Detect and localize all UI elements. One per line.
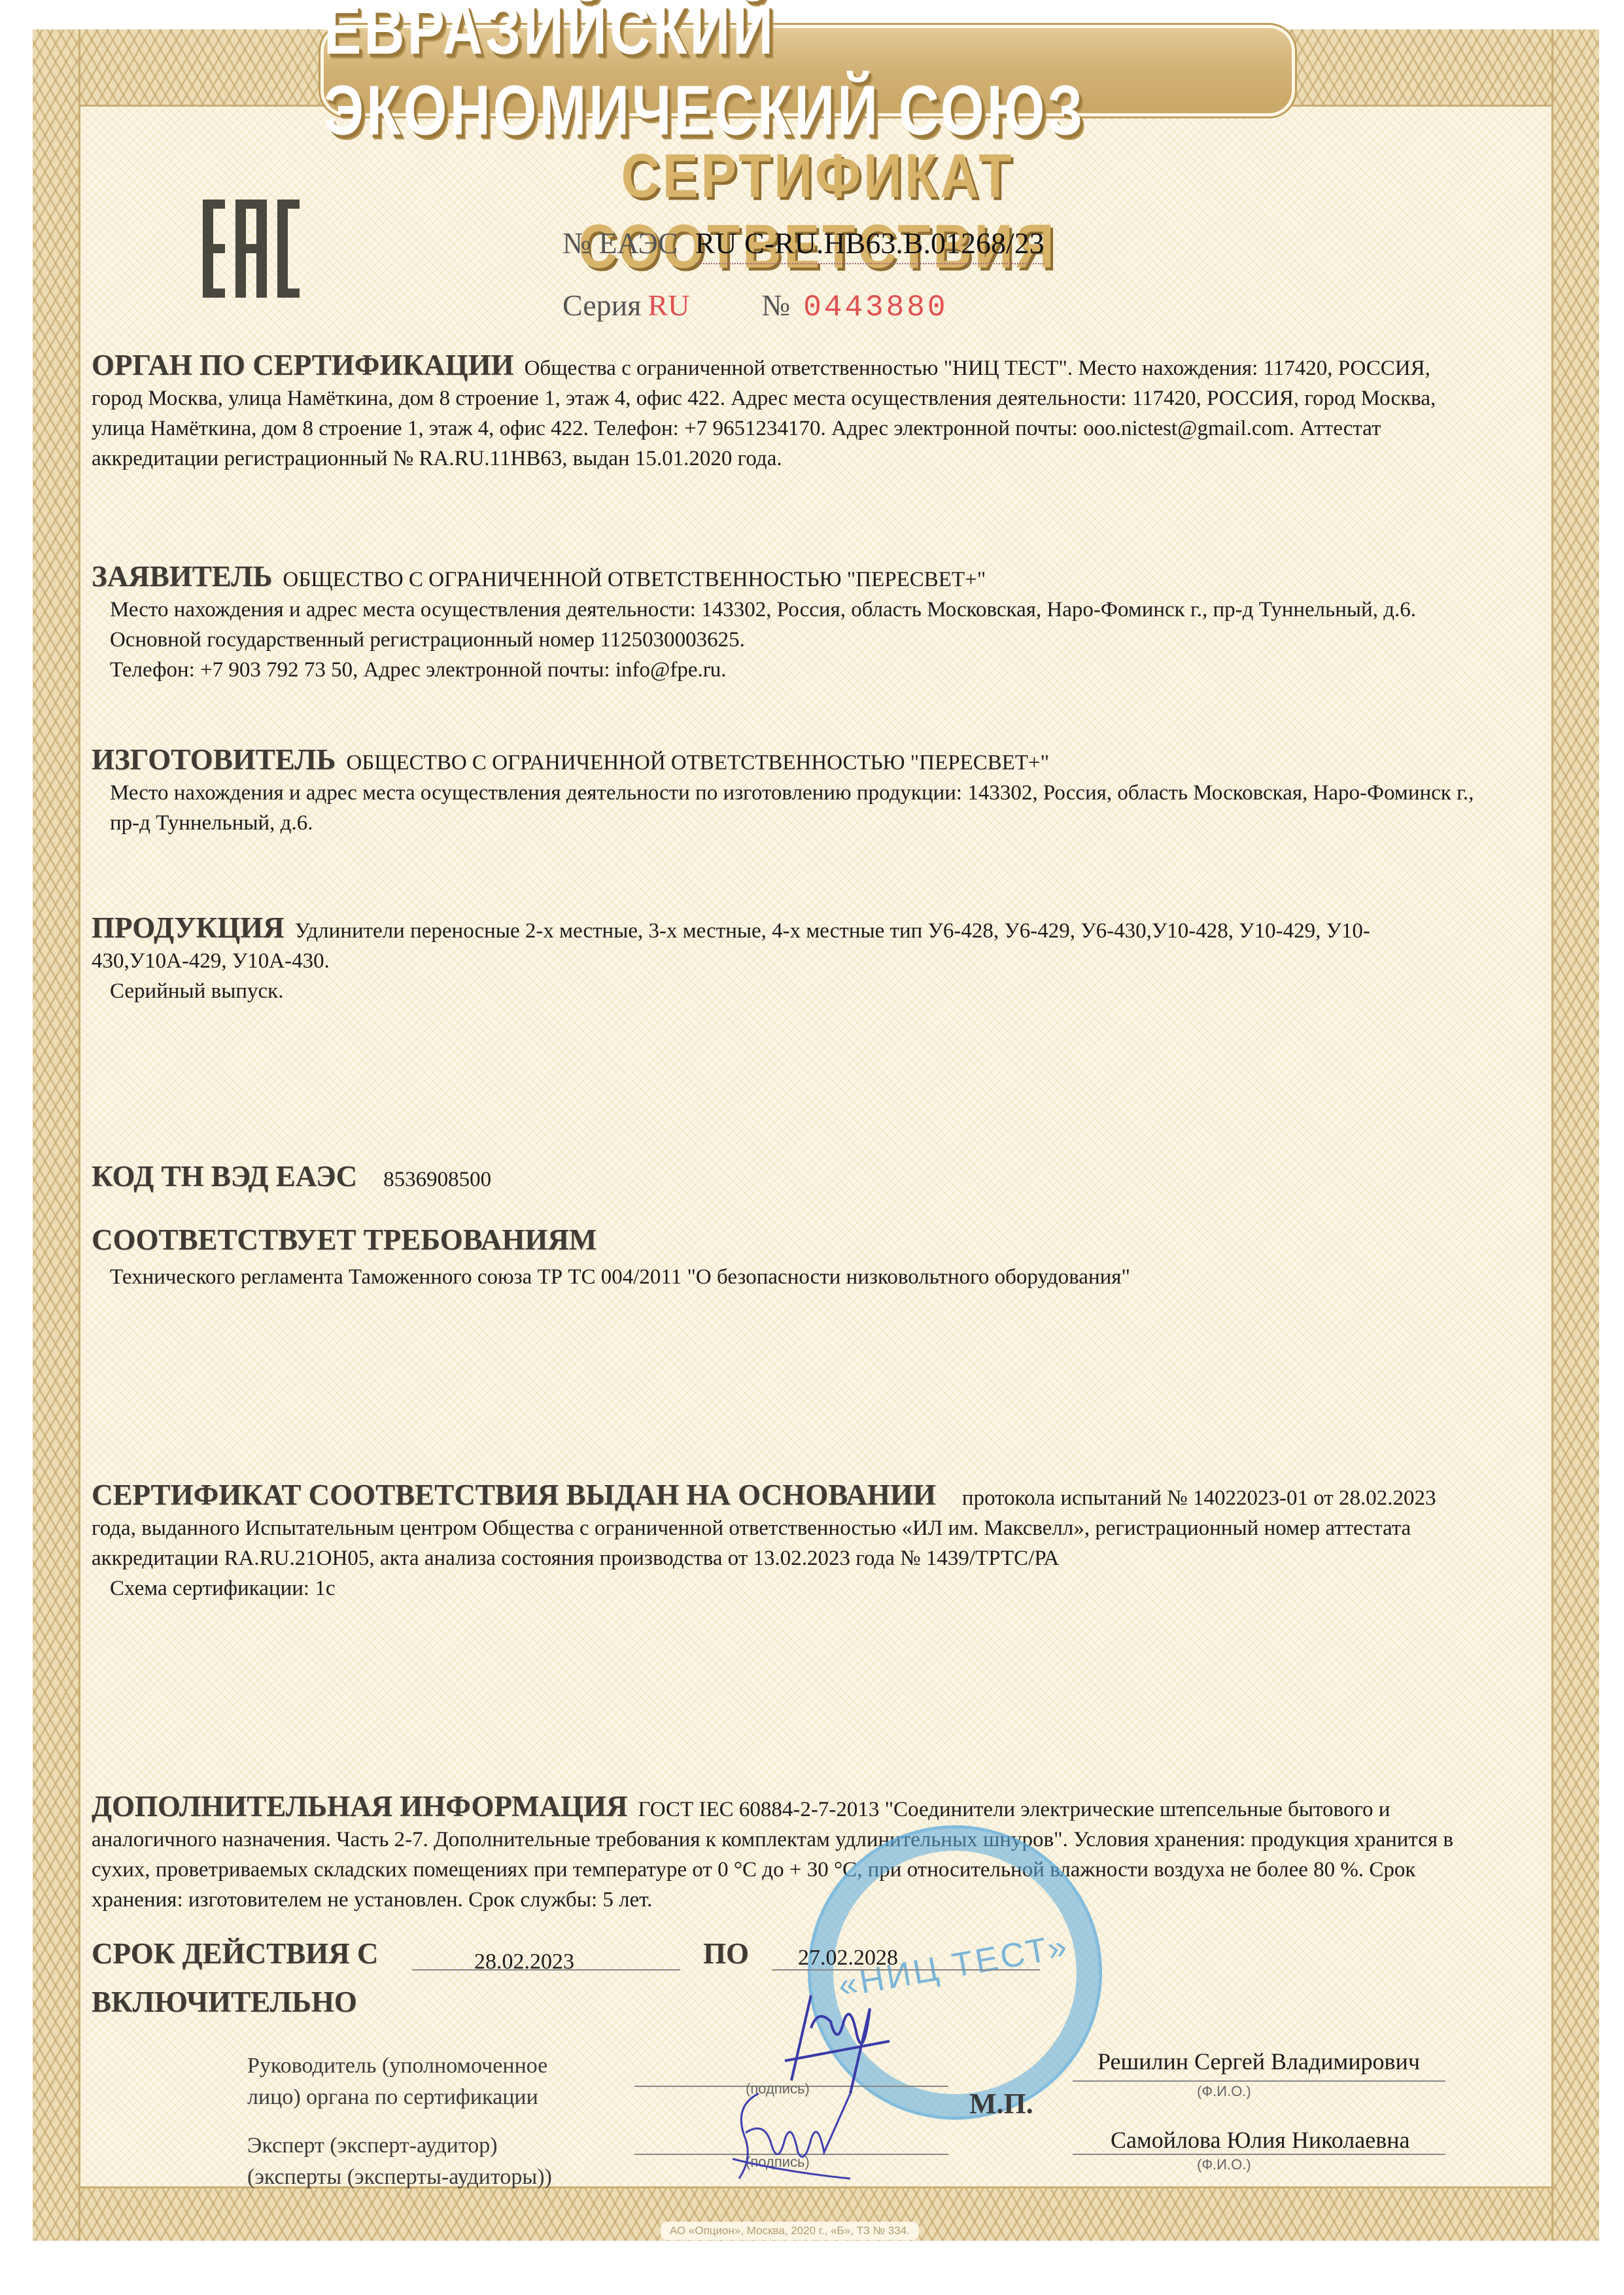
union-banner: ЕВРАЗИЙСКИЙ ЭКОНОМИЧЕСКИЙ СОЮЗ [320,25,1295,116]
validity-from-date: 28.02.2023 [474,1950,574,1974]
additional-info-section: ДОПОЛНИТЕЛЬНАЯ ИНФОРМАЦИЯГОСТ IEC 60884-… [92,1791,1485,1915]
seal-label: М.П. [969,2087,1033,2120]
manufacturer-address: Место нахождения и адрес места осуществл… [92,778,1485,838]
tn-ved-heading: КОД ТН ВЭД ЕАЭС [92,1160,357,1193]
expert-name-caption: (Ф.И.О.) [1197,2156,1251,2173]
union-title: ЕВРАЗИЙСКИЙ ЭКОНОМИЧЕСКИЙ СОЮЗ [324,0,1292,152]
printer-note: АО «Опцион», Москва, 2020 г., «Б», ТЗ № … [661,2222,919,2240]
validity-to-date: 27.02.2028 [798,1946,898,1971]
eac-logo-icon [203,200,301,298]
product-heading: ПРОДУКЦИЯ [92,911,285,944]
blank-number-label: № [761,288,790,323]
applicant-address: Место нахождения и адрес места осуществл… [92,595,1485,625]
certification-scheme: Схема сертификации: 1с [92,1573,1485,1603]
product-release: Серийный выпуск. [92,976,1485,1006]
applicant-name: ОБЩЕСТВО С ОГРАНИЧЕННОЙ ОТВЕТСТВЕННОСТЬЮ… [283,568,986,591]
series-value: RU [648,288,689,323]
manufacturer-name: ОБЩЕСТВО С ОГРАНИЧЕННОЙ ОТВЕТСТВЕННОСТЬЮ… [346,751,1049,775]
product-section: ПРОДУКЦИЯУдлинители переносные 2-х местн… [92,913,1485,1006]
tn-ved-code: 8536908500 [383,1168,491,1191]
additional-info-heading: ДОПОЛНИТЕЛЬНАЯ ИНФОРМАЦИЯ [92,1790,628,1823]
registration-label: № ЕАЭС [562,226,678,260]
certification-body-heading: ОРГАН ПО СЕРТИФИКАЦИИ [92,349,514,381]
blank-number-value: 0443880 [803,290,948,324]
validity-to-heading: ПО [703,1936,749,1971]
head-name: Решилин Сергей Владимирович [1097,2048,1420,2075]
expert-signature-mark [719,2080,870,2185]
expert-name: Самойлова Юлия Николаевна [1111,2126,1409,2154]
requirements-text: Технического регламента Таможенного союз… [92,1262,1485,1292]
validity-from-heading: СРОК ДЕЙСТВИЯ С [92,1936,378,1971]
applicant-ogrn: Основной государственный регистрационный… [92,625,1485,655]
head-name-line [1073,2080,1445,2082]
registration-number-row: № ЕАЭС RU C-RU.НВ63.В.01268/23 [562,226,1045,264]
certification-body-section: ОРГАН ПО СЕРТИФИКАЦИИОбщества с ограниче… [92,350,1485,474]
applicant-contacts: Телефон: +7 903 792 73 50, Адрес электро… [92,655,1485,685]
applicant-section: ЗАЯВИТЕЛЬОБЩЕСТВО С ОГРАНИЧЕННОЙ ОТВЕТСТ… [92,561,1485,685]
requirements-section: СООТВЕТСТВУЕТ ТРЕБОВАНИЯМ Технического р… [92,1225,1485,1292]
manufacturer-section: ИЗГОТОВИТЕЛЬОБЩЕСТВО С ОГРАНИЧЕННОЙ ОТВЕ… [92,745,1485,838]
applicant-heading: ЗАЯВИТЕЛЬ [92,560,272,593]
ornamental-border-right [1551,29,1599,2241]
requirements-heading: СООТВЕТСТВУЕТ ТРЕБОВАНИЯМ [92,1223,596,1256]
series-label: Серия [562,288,641,323]
head-signature-label: Руководитель (уполномоченное лицо) орган… [247,2050,547,2113]
expert-name-line [1073,2154,1445,2155]
registration-number: RU C-RU.НВ63.В.01268/23 [695,226,1045,264]
basis-heading: СЕРТИФИКАТ СООТВЕТСТВИЯ ВЫДАН НА ОСНОВАН… [92,1479,936,1511]
validity-inclusive: ВКЛЮЧИТЕЛЬНО [92,1985,357,2019]
tn-ved-section: КОД ТН ВЭД ЕАЭС8536908500 [92,1161,1485,1195]
head-name-caption: (Ф.И.О.) [1197,2083,1251,2100]
manufacturer-heading: ИЗГОТОВИТЕЛЬ [92,743,336,776]
expert-signature-label: Эксперт (эксперт-аудитор) (эксперты (экс… [247,2130,552,2193]
ornamental-border-left [33,29,80,2241]
series-row: Серия RU № 0443880 [562,288,948,324]
basis-section: СЕРТИФИКАТ СООТВЕТСТВИЯ ВЫДАН НА ОСНОВАН… [92,1480,1485,1603]
